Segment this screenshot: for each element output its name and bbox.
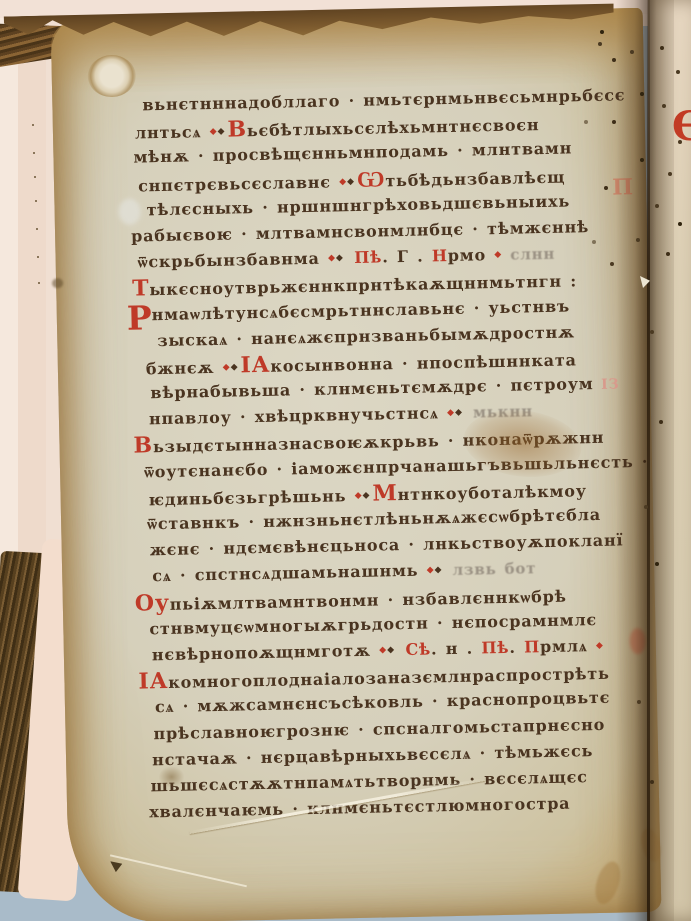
parchment-crack-2 [110, 854, 247, 887]
section-ornament: ◆ [362, 491, 370, 501]
text-segment: нмаѡлѣтунсѧбєсмрьтннславьнє · уьстнвъ [151, 296, 570, 324]
rubric-text: Пѣ [354, 248, 382, 268]
parchment-hole-bottom [110, 861, 122, 872]
text-segment: снпєтрєвьсєславнє [138, 172, 340, 195]
ghost-text: лзвь бот [444, 560, 536, 580]
ink-speckles [0, 0, 4, 4]
section-ornament: ◆ [336, 253, 344, 263]
rubric-text: П [524, 637, 540, 656]
pricking-holes [32, 124, 34, 126]
rubric-initial: М [372, 480, 398, 507]
manuscript-photo: Є П вьнєтнннадобллаго · нмьтєрнмьнвєсьмн… [0, 0, 691, 921]
section-ornament: ◆ [435, 566, 443, 576]
rubric-initial: В [227, 116, 247, 142]
section-ornament: ◆ [210, 127, 218, 137]
text-segment: . н . [431, 638, 482, 658]
ghost-text: слнн [502, 245, 555, 264]
text-segment: мѣнѫ · просвѣщєнньмнподамь · млнтвамн [133, 139, 572, 167]
text-segment: бжнєѫ [146, 358, 223, 379]
text-segment: лнтьсѧ [135, 122, 210, 143]
section-ornament: ◆ [387, 645, 395, 655]
section-ornament: ◆ [596, 641, 604, 651]
section-ornament: ◆ [347, 177, 355, 187]
text-segment: рмо [448, 245, 495, 265]
rubric-text: Пѣ [481, 638, 509, 658]
section-ornament: ◆ [355, 491, 363, 501]
section-ornament: ◆ [223, 362, 231, 372]
text-segment: тьбѣдьнзбавлѣєщ [385, 167, 565, 190]
text-segment: зыскаѧ · нанєѧжєпрнзваньбымѫдростнѫ [157, 322, 575, 350]
section-ornament: ◆ [494, 250, 502, 260]
rubric-initial: Оу [135, 589, 170, 616]
rubric-text: Сѣ [405, 639, 431, 659]
rubric-initial: В [133, 433, 153, 459]
text-segment: сѧ · спстнсѧдшамьнашнмь [152, 561, 427, 586]
text-segment: . Г . [382, 246, 432, 266]
text-segment: рмлѧ [540, 636, 596, 656]
text-segment: ѿскрьбынзбавнма [137, 249, 328, 272]
rubric-text: Н [432, 246, 448, 265]
section-ornament: ◆ [217, 127, 225, 137]
rubric-initial: ІА [138, 668, 168, 695]
parchment-page: П вьнєтнннадобллаго · нмьтєрнмьнвєсьмнрь… [51, 8, 662, 921]
section-ornament: ◆ [455, 408, 463, 418]
text-segment: хвалєнчаѥмь · клнмєньтєстлюмногостра [149, 794, 571, 822]
text-segment: нпавлоу · хвѣцрквнучьстнсѧ [149, 403, 448, 428]
facing-page-red-initial: Є [672, 106, 691, 148]
rubric-initial: Р [126, 298, 152, 338]
rubric-initial: ІА [240, 352, 270, 379]
text-segment: нтнкоуботалѣкмоу [397, 481, 586, 504]
text-segment: нєвѣрнопоѫщнмготѫ [152, 640, 380, 664]
rubric-initial: Ѡ [357, 166, 386, 193]
section-ornament: ◆ [231, 362, 239, 372]
small-ink-blot [52, 278, 63, 288]
gutter-crease [616, 0, 674, 921]
text-segment: ѥдиньбєзьгрѣшьнь [148, 486, 354, 509]
text-segment: . [509, 637, 524, 656]
